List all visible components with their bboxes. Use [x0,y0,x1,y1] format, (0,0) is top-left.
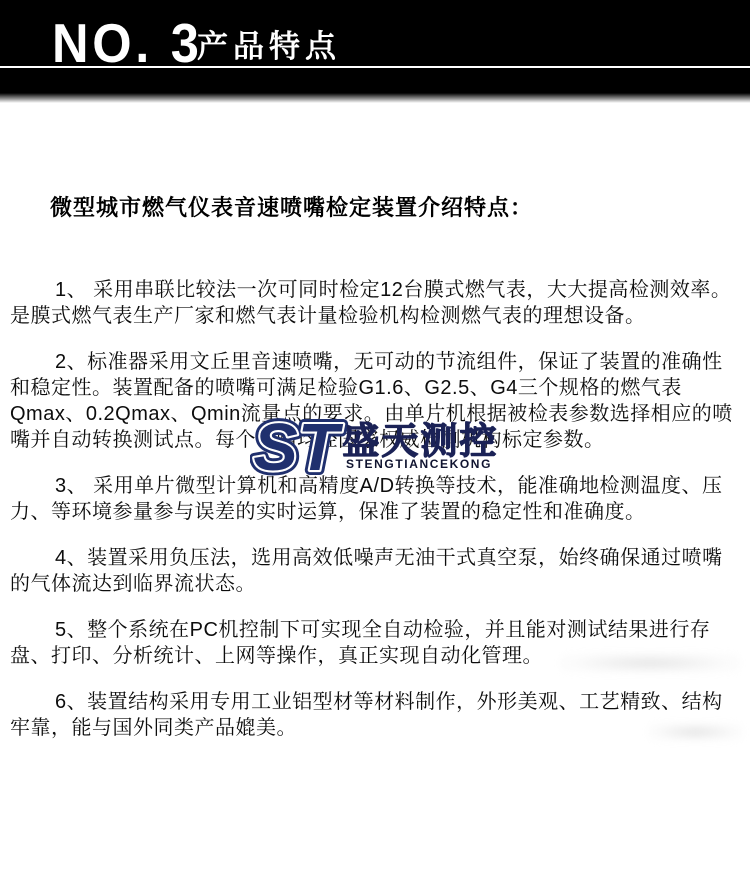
section-number: NO. 3 [52,16,203,71]
feature-paragraph-2: 2、标准器采用文丘里音速喷嘴，无可动的节流组件，保证了装置的准确性和稳定性。装置… [10,349,742,453]
feature-paragraph-3: 3、 采用单片微型计算机和高精度A/D转换等技术，能准确地检测温度、压力、等环境… [10,473,742,525]
header-banner: NO. 3 产品特点 [0,0,750,104]
document-heading: 微型城市燃气仪表音速喷嘴检定装置介绍特点： [50,195,730,221]
section-title: 产品特点 [197,31,341,62]
faint-scan-artifact [648,722,743,742]
feature-paragraph-1: 1、 采用串联比较法一次可同时检定12台膜式燃气表，大大提高检测效率。是膜式燃气… [10,277,742,329]
banner-divider-line [0,66,750,68]
faint-scan-artifact [560,652,740,674]
feature-paragraph-4: 4、装置采用负压法，选用高效低噪声无油干式真空泵，始终确保通过喷嘴的气体流达到临… [10,545,742,597]
feature-paragraph-6: 6、装置结构采用专用工业铝型材等材料制作，外形美观、工艺精致、结构牢靠，能与国外… [10,689,742,741]
document-page: NO. 3 产品特点 微型城市燃气仪表音速喷嘴检定装置介绍特点： 1、 采用串联… [0,0,750,877]
